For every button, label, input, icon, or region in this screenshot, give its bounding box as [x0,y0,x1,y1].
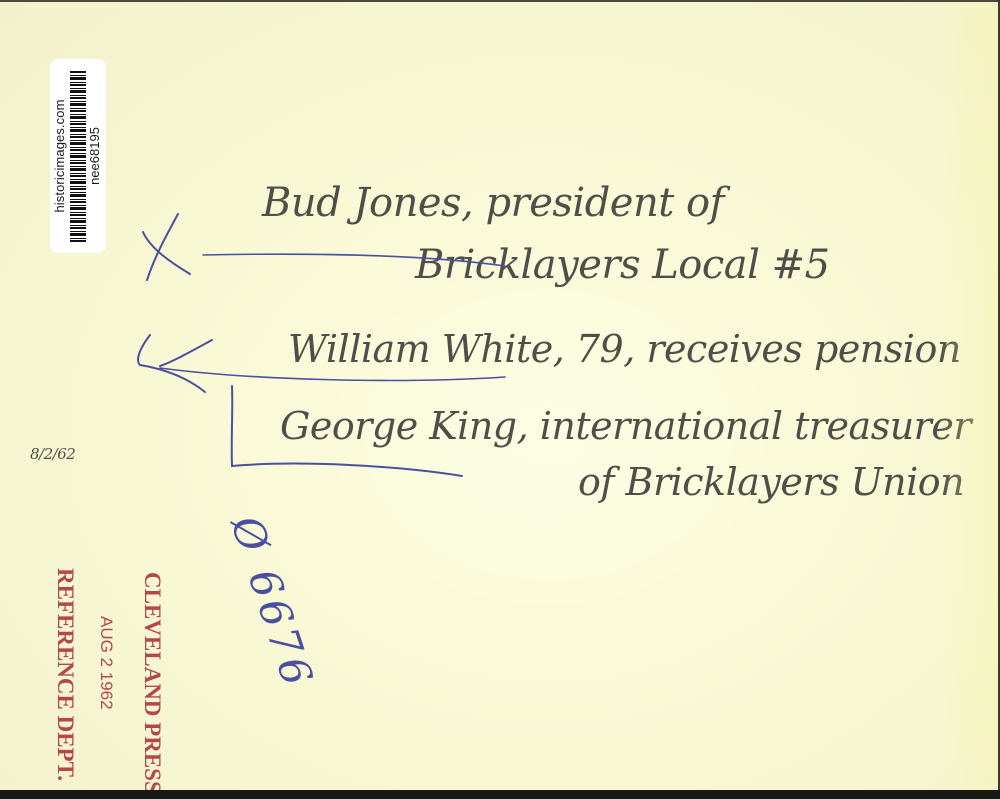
label-site: historicimages.com [52,70,67,242]
stamp-date: AUG 2 1962 [96,616,116,710]
date-note: 8/2/62 [30,445,75,463]
caption-line-1: Bud Jones, president of [262,180,724,226]
photo-back-paper: historicimages.com nee68195 Bud Jones, p… [0,2,998,790]
barcode-icon [70,70,86,242]
bottom-edge [0,790,1000,799]
stamp-reference-dept: REFERENCE DEPT. [52,568,78,781]
barcode-label: historicimages.com nee68195 [50,59,106,253]
file-number: Ø 6676 [221,510,323,695]
label-id: nee68195 [87,70,102,242]
caption-line-4: George King, international treasurer [280,404,971,448]
stamp-cleveland-press: CLEVELAND PRESS [139,572,165,790]
caption-line-3: William White, 79, receives pension [288,327,961,371]
caption-line-5: of Bricklayers Union [578,460,964,504]
caption-line-2: Bricklayers Local #5 [415,242,830,288]
